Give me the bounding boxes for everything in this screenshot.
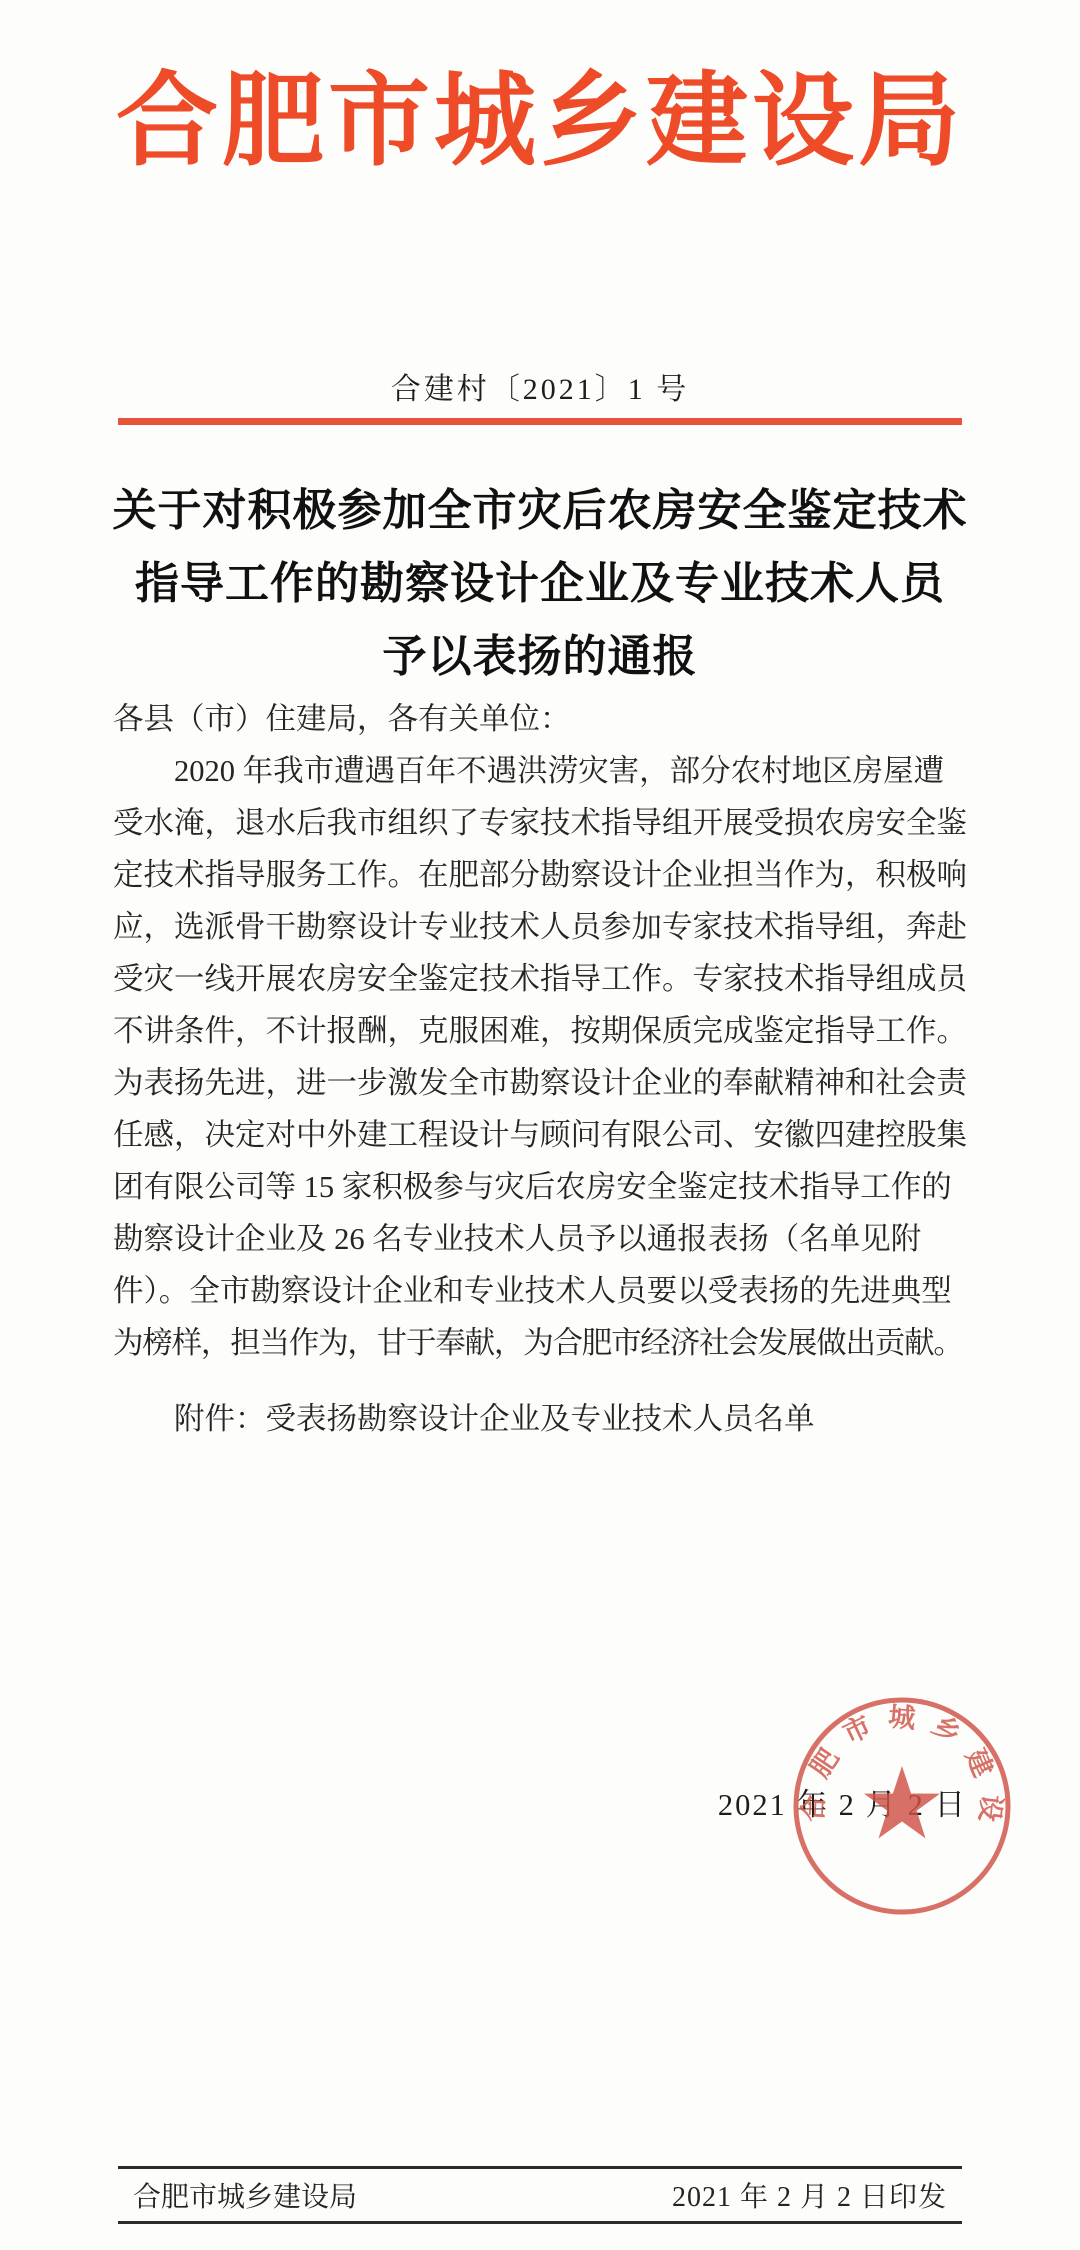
attachment-line: 附件：受表扬勘察设计企业及专业技术人员名单	[113, 1393, 967, 1445]
body-line: 受灾一线开展农房安全鉴定技术指导工作。专家技术指导组成员	[113, 953, 967, 1005]
body-line: 不讲条件，不计报酬，克服困难，按期保质完成鉴定指导工作。	[113, 1005, 967, 1057]
body-line: 应，选派骨干勘察设计专业技术人员参加专家技术指导组，奔赴	[113, 901, 967, 953]
footer-print-date: 2021 年 2 月 2 日印发	[672, 2175, 947, 2215]
agency-header-title: 合肥市城乡建设局	[0, 0, 1080, 191]
document-number: 合建村〔2021〕1 号	[0, 369, 1080, 411]
star-icon	[864, 1766, 940, 1838]
salutation-line: 各县（市）住建局，各有关单位：	[113, 693, 967, 745]
body-line: 任感，决定对中外建工程设计与顾问有限公司、安徽四建控股集	[113, 1109, 967, 1161]
notice-title-line-2: 指导工作的勘察设计企业及专业技术人员	[0, 547, 1080, 620]
footer: 合肥市城乡建设局 2021 年 2 月 2 日印发	[118, 2166, 962, 2224]
body-line: 为表扬先进，进一步激发全市勘察设计企业的奉献精神和社会责	[113, 1057, 967, 1109]
body-line: 受水淹，退水后我市组织了专家技术指导组开展受损农房安全鉴	[113, 797, 967, 849]
body-line: 件）。全市勘察设计企业和专业技术人员要以受表扬的先进典型	[113, 1265, 967, 1317]
body-line: 团有限公司等 15 家积极参与灾后农房安全鉴定技术指导工作的	[113, 1161, 967, 1213]
body-line: 为榜样，担当作为，甘于奉献，为合肥市经济社会发展做出贡献。	[113, 1317, 967, 1369]
notice-title-line-1: 关于对积极参加全市灾后农房安全鉴定技术	[0, 474, 1080, 547]
footer-issuer: 合肥市城乡建设局	[133, 2175, 357, 2215]
official-notice-page: 合肥市城乡建设局 合建村〔2021〕1 号 关于对积极参加全市灾后农房安全鉴定技…	[0, 0, 1080, 2250]
notice-body: 各县（市）住建局，各有关单位： 2020 年我市遭遇百年不遇洪涝灾害，部分农村地…	[113, 693, 967, 1831]
body-line: 勘察设计企业及 26 名专业技术人员予以通报表扬（名单见附	[113, 1213, 967, 1265]
body-line: 2020 年我市遭遇百年不遇洪涝灾害，部分农村地区房屋遭	[113, 745, 967, 797]
body-line: 定技术指导服务工作。在肥部分勘察设计企业担当作为，积极响	[113, 849, 967, 901]
notice-title-line-3: 予以表扬的通报	[0, 620, 1080, 693]
notice-title: 关于对积极参加全市灾后农房安全鉴定技术 指导工作的勘察设计企业及专业技术人员 予…	[0, 474, 1080, 693]
official-seal-stamp: 合肥市城乡建设局	[786, 1690, 1018, 1922]
red-divider-rule	[118, 418, 962, 425]
